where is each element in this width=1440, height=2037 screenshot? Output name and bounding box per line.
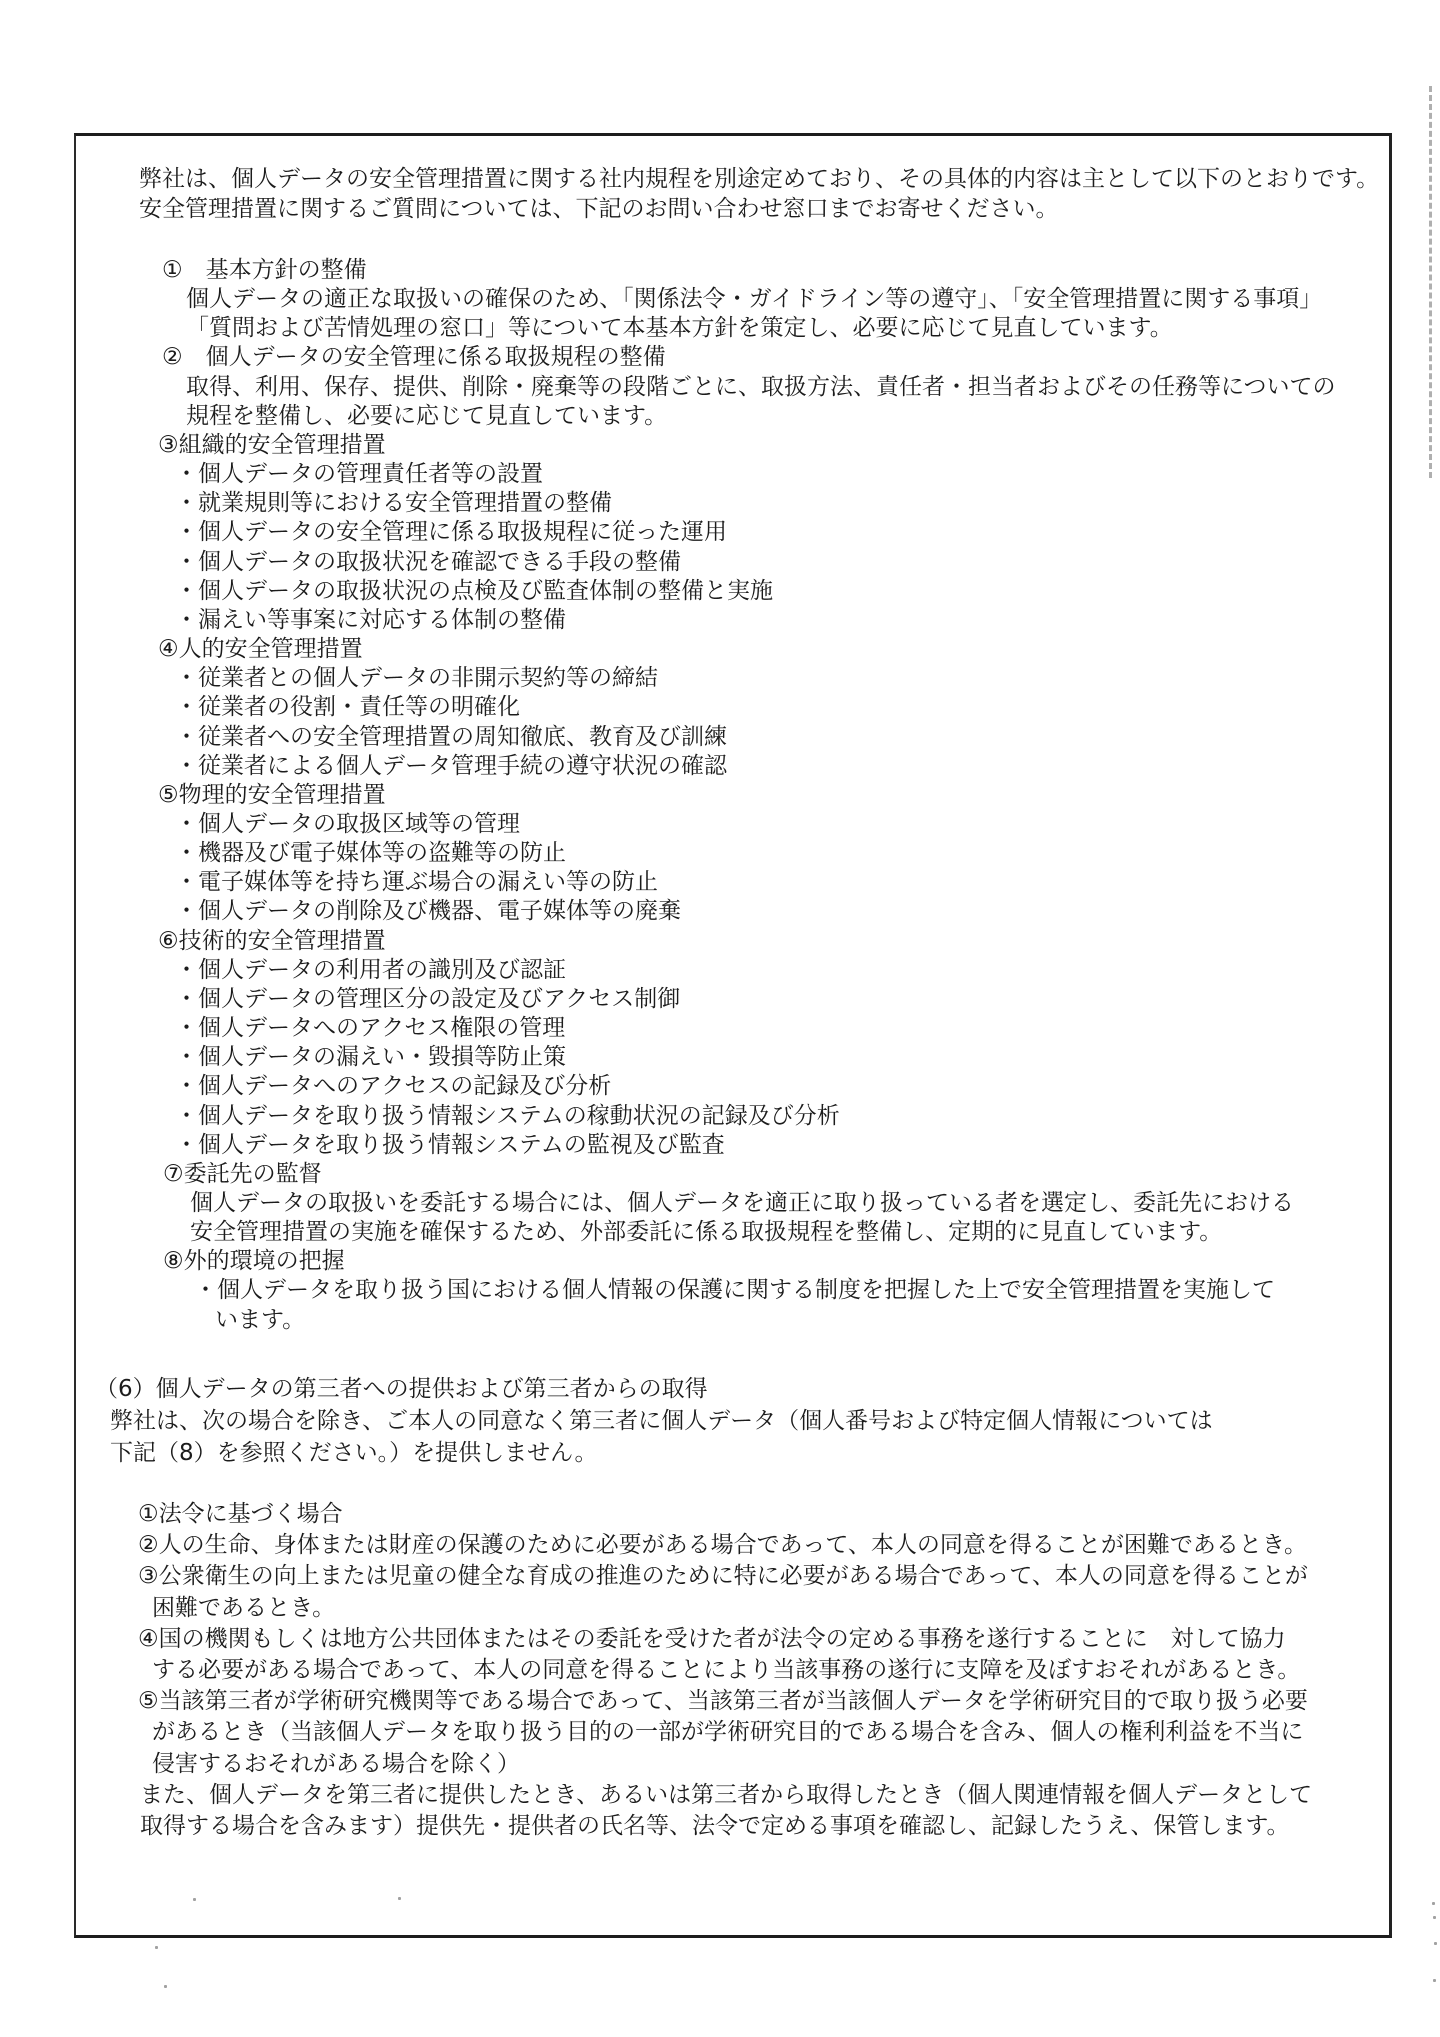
list-item: ⑤物理的安全管理措置 <box>0 781 1440 810</box>
list-item: 個人データの取扱いを委託する場合には、個人データを適正に取り扱っている者を選定し… <box>0 1189 1440 1218</box>
list-item: ・個人データの取扱状況を確認できる手段の整備 <box>0 548 1440 577</box>
section6-conditions-list: ①法令に基づく場合②人の生命、身体または財産の保護のために必要がある場合であって… <box>0 1499 1440 1842</box>
list-item: ③公衆衛生の向上または児童の健全な育成の推進のために特に必要がある場合であって、… <box>0 1561 1440 1592</box>
list-item: 安全管理措置の実施を確保するため、外部委託に係る取扱規程を整備し、定期的に見直し… <box>0 1218 1440 1247</box>
list-item: ・個人データの管理区分の設定及びアクセス制御 <box>0 985 1440 1014</box>
list-item: ⑤当該第三者が学術研究機関等である場合であって、当該第三者が当該個人データを学術… <box>0 1686 1440 1717</box>
scan-artifact-dot <box>1434 1942 1437 1945</box>
section6-header-block: （6）個人データの第三者への提供および第三者からの取得 弊社は、次の場合を除き、… <box>0 1374 1440 1469</box>
list-item: ・機器及び電子媒体等の盗難等の防止 <box>0 839 1440 868</box>
list-item: ④人的安全管理措置 <box>0 635 1440 664</box>
scanned-document-page: { "colors": { "paper": "#ffffff", "ink":… <box>0 0 1440 2037</box>
list-item: ① 基本方針の整備 <box>0 256 1440 285</box>
list-item: ・従業者との個人データの非開示契約等の締結 <box>0 664 1440 693</box>
scan-artifact-dot <box>155 1946 158 1949</box>
list-item: 困難であるとき。 <box>0 1593 1440 1624</box>
list-item: ③組織的安全管理措置 <box>0 431 1440 460</box>
list-item: ・従業者への安全管理措置の周知徹底、教育及び訓練 <box>0 723 1440 752</box>
list-item: ・個人データの管理責任者等の設置 <box>0 460 1440 489</box>
list-item: 取得、利用、保存、提供、削除・廃棄等の段階ごとに、取扱方法、責任者・担当者および… <box>0 373 1440 402</box>
list-item: ・個人データへのアクセスの記録及び分析 <box>0 1072 1440 1101</box>
list-item: ・個人データを取り扱う国における個人情報の保護に関する制度を把握した上で安全管理… <box>0 1276 1440 1305</box>
list-item: 侵害するおそれがある場合を除く） <box>0 1749 1440 1780</box>
list-item: ・個人データの取扱状況の点検及び監査体制の整備と実施 <box>0 577 1440 606</box>
list-item: ・漏えい等事案に対応する体制の整備 <box>0 606 1440 635</box>
intro-line: 弊社は、個人データの安全管理措置に関する社内規程を別途定めており、その具体的内容… <box>0 164 1440 194</box>
list-item: ⑦委託先の監督 <box>0 1160 1440 1189</box>
section6-heading: （6）個人データの第三者への提供および第三者からの取得 <box>0 1374 1440 1406</box>
list-item: ・個人データの削除及び機器、電子媒体等の廃棄 <box>0 897 1440 926</box>
scan-artifact-dot <box>193 1898 196 1901</box>
scan-artifact-dashed-line <box>1429 86 1432 478</box>
list-item: ・個人データの漏えい・毀損等防止策 <box>0 1043 1440 1072</box>
list-item: ・個人データへのアクセス権限の管理 <box>0 1014 1440 1043</box>
list-item: ・個人データの取扱区域等の管理 <box>0 810 1440 839</box>
scan-artifact-dot <box>164 1985 167 1988</box>
list-item: 個人データの適正な取扱いの確保のため、「関係法令・ガイドライン等の遵守」、「安全… <box>0 285 1440 314</box>
list-item: ・個人データの安全管理に係る取扱規程に従った運用 <box>0 518 1440 547</box>
list-item: ・電子媒体等を持ち運ぶ場合の漏えい等の防止 <box>0 868 1440 897</box>
list-item: ②人の生命、身体または財産の保護のために必要がある場合であって、本人の同意を得る… <box>0 1530 1440 1561</box>
list-item: ・個人データを取り扱う情報システムの稼動状況の記録及び分析 <box>0 1102 1440 1131</box>
list-item: する必要がある場合であって、本人の同意を得ることにより当該事務の遂行に支障を及ぼ… <box>0 1655 1440 1686</box>
list-item: ・従業者による個人データ管理手続の遵守状況の確認 <box>0 752 1440 781</box>
list-item: 取得する場合を含みます）提供先・提供者の氏名等、法令で定める事項を確認し、記録し… <box>0 1811 1440 1842</box>
list-item: ・従業者の役割・責任等の明確化 <box>0 693 1440 722</box>
section6-intro-line: 下記（8）を参照ください。）を提供しません。 <box>0 1438 1440 1470</box>
list-item: ⑧外的環境の把握 <box>0 1247 1440 1276</box>
list-item: ①法令に基づく場合 <box>0 1499 1440 1530</box>
list-item: 規程を整備し、必要に応じて見直しています。 <box>0 402 1440 431</box>
scan-artifact-dot <box>1433 1916 1436 1919</box>
scan-artifact-dot <box>1433 1979 1436 1982</box>
list-item: があるとき（当該個人データを取り扱う目的の一部が学術研究目的である場合を含み、個… <box>0 1717 1440 1748</box>
list-item: ④国の機関もしくは地方公共団体またはその委託を受けた者が法令の定める事務を遂行す… <box>0 1624 1440 1655</box>
section6-intro-line: 弊社は、次の場合を除き、ご本人の同意なく第三者に個人データ（個人番号および特定個… <box>0 1406 1440 1438</box>
intro-line: 安全管理措置に関するご質問については、下記のお問い合わせ窓口までお寄せください。 <box>0 194 1440 224</box>
list-item: ② 個人データの安全管理に係る取扱規程の整備 <box>0 343 1440 372</box>
list-item: ・個人データの利用者の識別及び認証 <box>0 956 1440 985</box>
list-item: ⑥技術的安全管理措置 <box>0 927 1440 956</box>
scan-artifact-dot <box>398 1897 401 1900</box>
paper-sheet: 弊社は、個人データの安全管理措置に関する社内規程を別途定めており、その具体的内容… <box>0 0 1440 2037</box>
list-item: います。 <box>0 1306 1440 1335</box>
list-item: ・就業規則等における安全管理措置の整備 <box>0 489 1440 518</box>
list-item: また、個人データを第三者に提供したとき、あるいは第三者から取得したとき（個人関連… <box>0 1780 1440 1811</box>
scan-artifact-dot <box>1432 1902 1435 1905</box>
intro-paragraph: 弊社は、個人データの安全管理措置に関する社内規程を別途定めており、その具体的内容… <box>0 164 1440 224</box>
list-item: ・個人データを取り扱う情報システムの監視及び監査 <box>0 1131 1440 1160</box>
security-measures-list: ① 基本方針の整備個人データの適正な取扱いの確保のため、「関係法令・ガイドライン… <box>0 256 1440 1335</box>
list-item: 「質問および苦情処理の窓口」等について本基本方針を策定し、必要に応じて見直してい… <box>0 314 1440 343</box>
